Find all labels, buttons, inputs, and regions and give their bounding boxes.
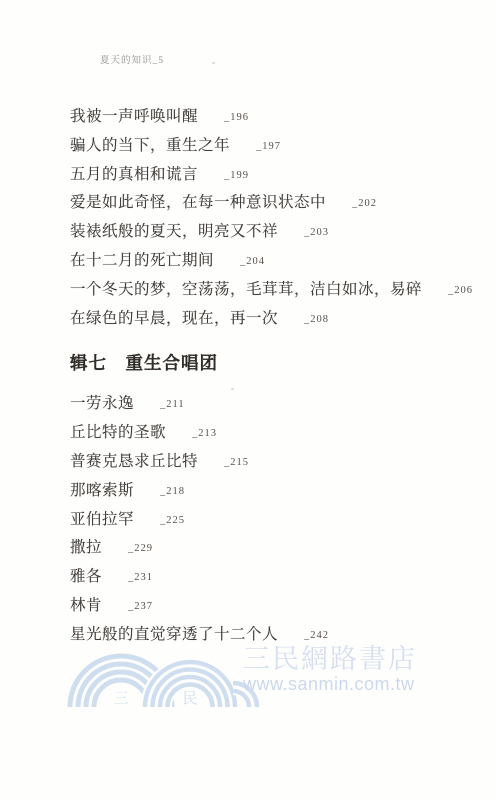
- toc-entry: 普赛克恳求丘比特 _215: [70, 449, 470, 478]
- toc-entry-page: _237: [128, 601, 153, 612]
- toc-entry: 丘比特的圣歌 _213: [70, 420, 470, 449]
- toc-entry-page: _202: [352, 198, 377, 209]
- toc-entry-title: 撒拉: [70, 535, 102, 557]
- toc-entry-title: 亚伯拉罕: [70, 507, 134, 529]
- toc-entry-page: _213: [192, 428, 217, 439]
- watermark-text: 三民網路書店 www.sanmin.com.tw: [243, 644, 417, 694]
- toc-entry: 爱是如此奇怪，在每一种意识状态中 _202: [70, 190, 470, 219]
- toc-entry-title: 骗人的当下，重生之年: [70, 133, 230, 155]
- toc-entry-title: 五月的真相和谎言: [70, 162, 198, 184]
- toc-entry-page: _199: [224, 170, 249, 181]
- logo-char-right: 民: [182, 690, 197, 707]
- toc-entry-title: 我被一声呼唤叫醒: [70, 104, 198, 126]
- logo-char-left: 三: [113, 690, 128, 707]
- toc-entry: 那喀索斯 _218: [70, 478, 470, 507]
- toc-entry-title: 在十二月的死亡期间: [70, 248, 214, 270]
- toc-entry: 五月的真相和谎言 _199: [70, 162, 470, 191]
- toc-entry-title: 一个冬天的梦，空荡荡，毛茸茸，洁白如冰，易碎: [70, 277, 422, 299]
- toc-entry-page: _211: [160, 399, 185, 410]
- toc-entry: 林肯 _237: [70, 593, 470, 622]
- watermark-store-name: 三民網路書店: [243, 644, 417, 674]
- toc-entry-page: _204: [240, 256, 265, 267]
- toc-entry-title: 普赛克恳求丘比特: [70, 449, 198, 471]
- toc-entry-page: _206: [448, 285, 473, 296]
- toc-entry-page: _218: [160, 486, 185, 497]
- toc-entry-title: 装裱纸般的夏天，明亮又不祥: [70, 219, 278, 241]
- toc-entry: 装裱纸般的夏天，明亮又不祥 _203: [70, 219, 470, 248]
- toc-entry-page: _203: [304, 227, 329, 238]
- toc-entry: 骗人的当下，重生之年 _197: [70, 133, 470, 162]
- sanmin-rainbow-logo-icon: 三 民: [60, 640, 260, 712]
- toc-entry-title: 在绿色的早晨，现在，再一次: [70, 306, 278, 328]
- watermark-url: www.sanmin.com.tw: [243, 674, 417, 694]
- toc-entry-page: _208: [304, 314, 329, 325]
- toc-entry-page: _231: [128, 572, 153, 583]
- running-header: 夏天的知识_5: [100, 52, 164, 66]
- toc-entry-page: _229: [128, 543, 153, 554]
- toc-entry: 在十二月的死亡期间 _204: [70, 248, 470, 277]
- toc-entry: 在绿色的早晨，现在，再一次 _208: [70, 306, 470, 335]
- toc-entry: 一劳永逸 _211: [70, 391, 470, 420]
- toc-entry-title: 林肯: [70, 593, 102, 615]
- scan-speck: [212, 62, 215, 64]
- toc-entry: 一个冬天的梦，空荡荡，毛茸茸，洁白如冰，易碎 _206: [70, 277, 470, 306]
- toc-entry-title: 爱是如此奇怪，在每一种意识状态中: [70, 190, 326, 212]
- toc-entry-page: _196: [224, 112, 249, 123]
- toc-entry: 亚伯拉罕 _225: [70, 507, 470, 536]
- toc-entry-title: 一劳永逸: [70, 391, 134, 413]
- toc-list: 我被一声呼唤叫醒 _196 骗人的当下，重生之年 _197 五月的真相和谎言 _…: [70, 104, 470, 651]
- book-toc-page: 夏天的知识_5 我被一声呼唤叫醒 _196 骗人的当下，重生之年 _197 五月…: [0, 0, 496, 800]
- toc-entry-title: 雅各: [70, 564, 102, 586]
- toc-entry-page: _225: [160, 515, 185, 526]
- toc-entry: 雅各 _231: [70, 564, 470, 593]
- toc-entry: 我被一声呼唤叫醒 _196: [70, 104, 470, 133]
- toc-entry-page: _215: [224, 457, 249, 468]
- watermark: 三 民: [0, 638, 496, 718]
- section-heading: 辑七 重生合唱团: [70, 348, 470, 378]
- toc-entry: 撒拉 _229: [70, 535, 470, 564]
- toc-entry-title: 那喀索斯: [70, 478, 134, 500]
- toc-entry-title: 丘比特的圣歌: [70, 420, 166, 442]
- toc-entry-page: _197: [256, 141, 281, 152]
